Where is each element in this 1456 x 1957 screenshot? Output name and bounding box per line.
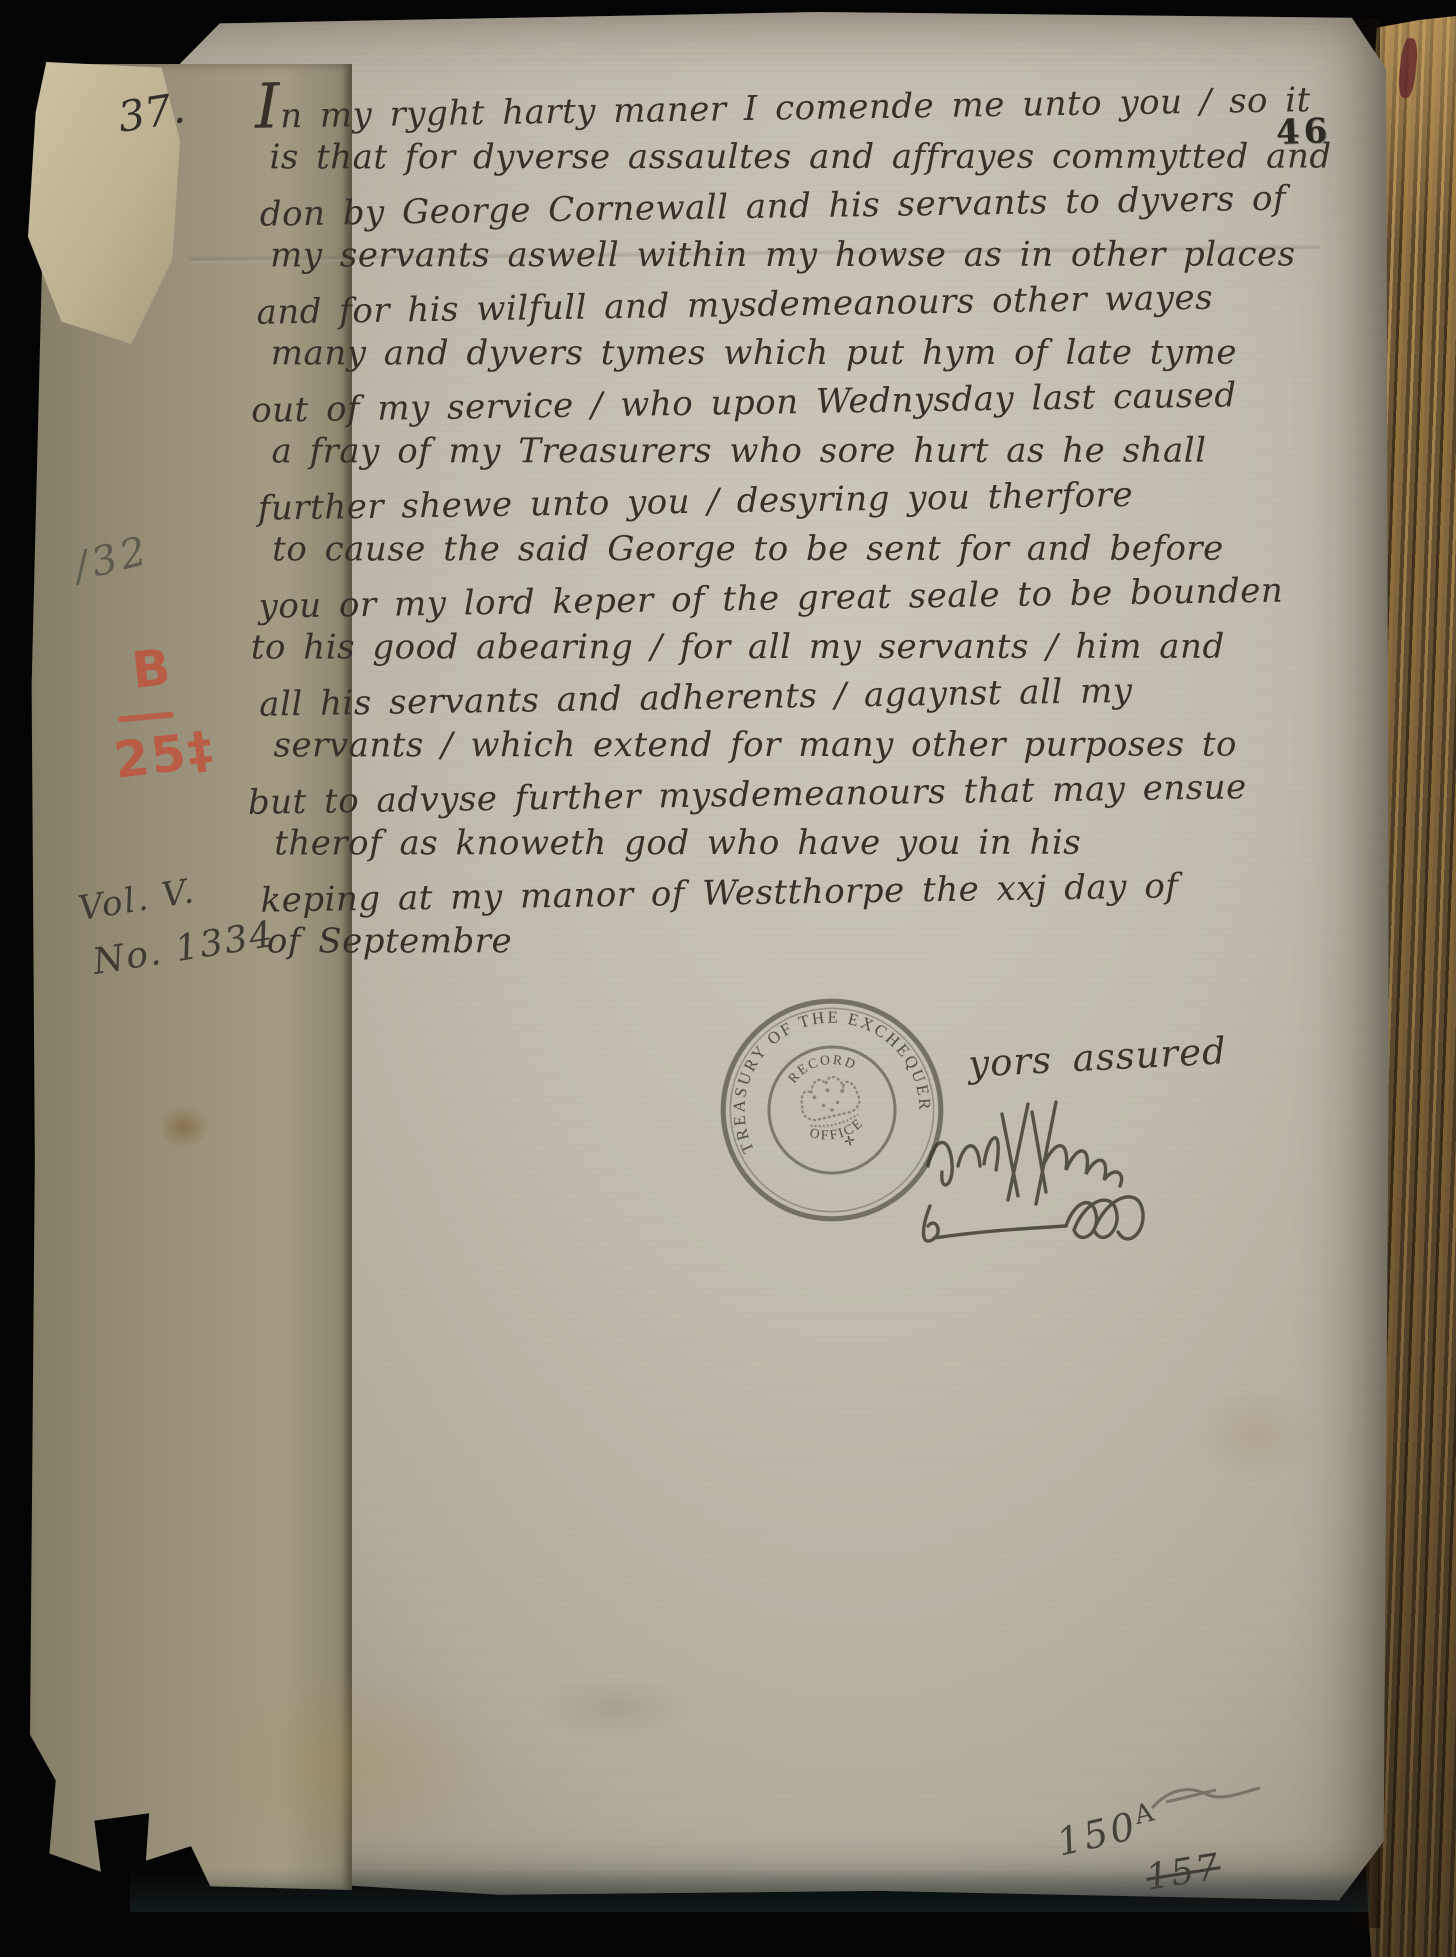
- letter-line: of Septembre: [267, 916, 1369, 966]
- signature: [918, 1088, 1186, 1278]
- letter-body: In my ryght harty maner I comende me unt…: [255, 80, 1369, 970]
- stamp-inner-top-text: RECORD: [782, 1045, 862, 1088]
- stamp-cross-icon: ✛: [843, 1132, 857, 1149]
- svg-text:RECORD: RECORD: [782, 1045, 862, 1088]
- show-through-smudge: [540, 1680, 690, 1736]
- pencil-scribble: [1146, 1778, 1266, 1818]
- margin-red-number: 25‡: [111, 720, 218, 790]
- margin-red-letter: B: [129, 638, 173, 700]
- manuscript-photo: 46 37. /32 B 25‡ Vol. V. No. 1334 In my …: [0, 0, 1456, 1957]
- corner-ink-number: 37.: [115, 83, 189, 142]
- stamp-inner-bottom-text: OFFICE: [805, 1113, 868, 1148]
- svg-text:OFFICE: OFFICE: [805, 1113, 868, 1148]
